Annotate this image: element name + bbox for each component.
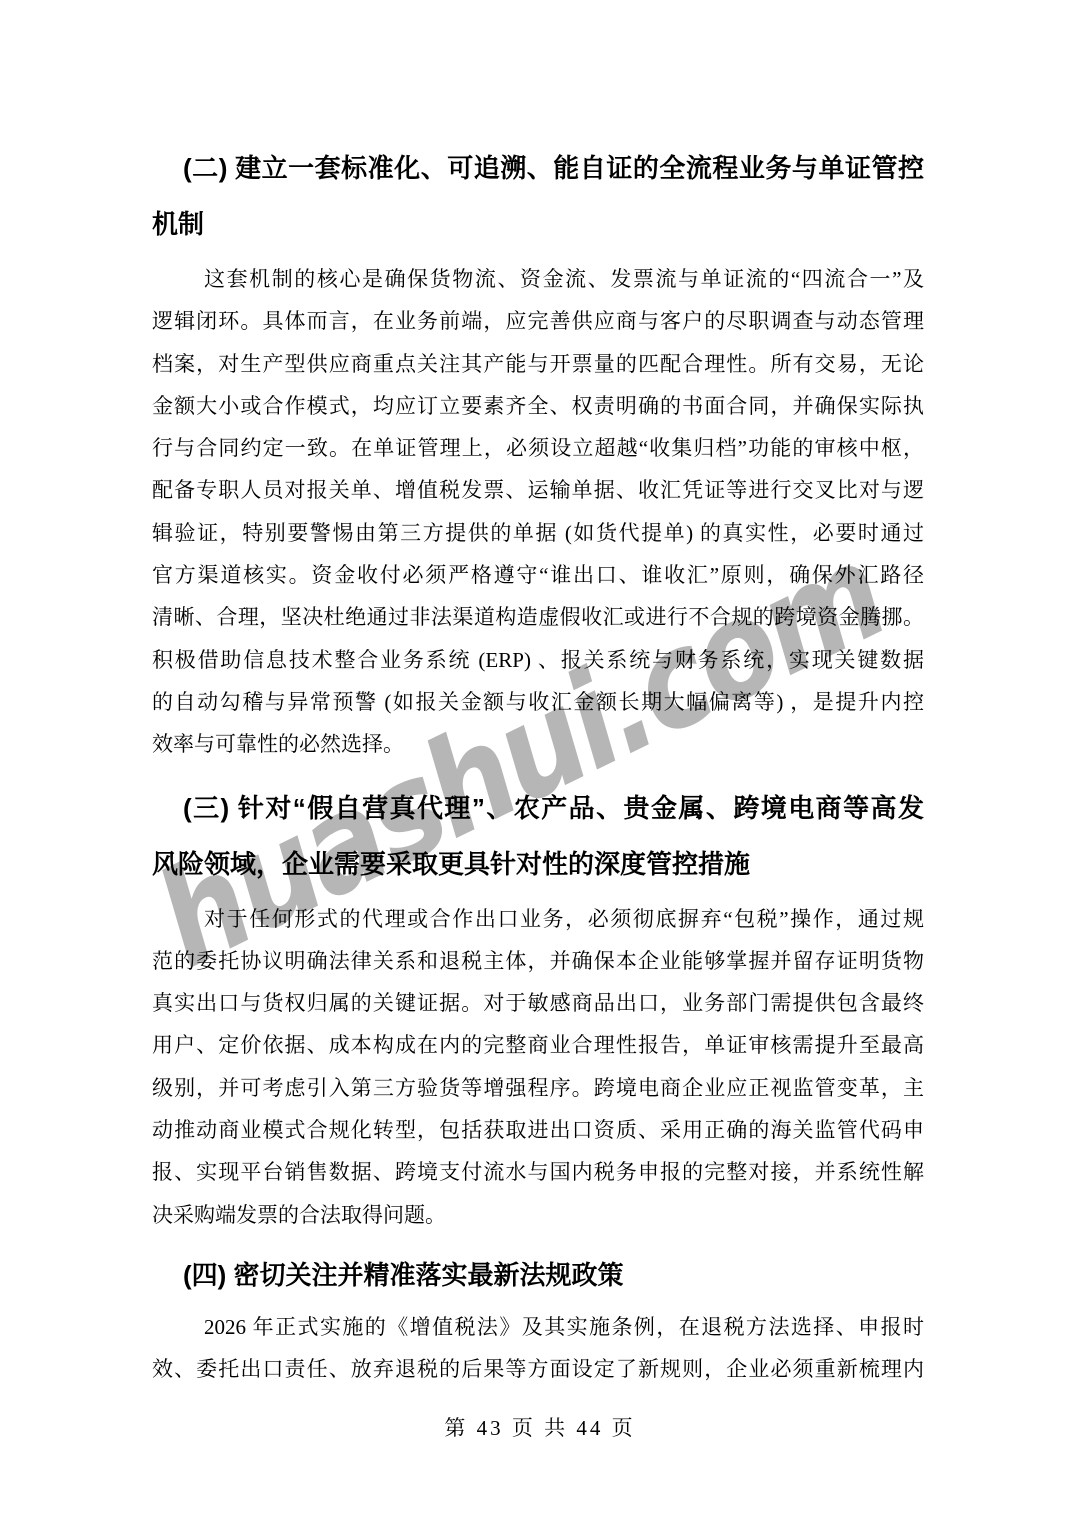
section-2: (二) 建立一套标准化、可追溯、能自证的全流程业务与单证管控机制 这套机制的核心… xyxy=(152,140,924,766)
text-line: 机制 xyxy=(152,196,924,252)
text-line: 动推动商业模式合规化转型，包括获取进出口资质、采用正确的海关监管代码申 xyxy=(152,1109,924,1151)
text-line: 这套机制的核心是确保货物流、资金流、发票流与单证流的“四流合一”及 xyxy=(152,258,924,300)
section-3-heading: (三) 针对“假自营真代理”、农产品、贵金属、跨境电商等高发风险领域，企业需要采… xyxy=(152,780,924,892)
text-line: 清晰、合理，坚决杜绝通过非法渠道构造虚假收汇或进行不合规的跨境资金腾挪。 xyxy=(152,596,924,638)
text-line: 逻辑闭环。具体而言，在业务前端，应完善供应商与客户的尽职调查与动态管理 xyxy=(152,300,924,342)
text-line: 范的委托协议明确法律关系和退税主体，并确保本企业能够掌握并留存证明货物 xyxy=(152,940,924,982)
text-line: (四) 密切关注并精准落实最新法规政策 xyxy=(152,1250,924,1300)
text-line: 决采购端发票的合法取得问题。 xyxy=(152,1194,924,1236)
section-4-heading: (四) 密切关注并精准落实最新法规政策 xyxy=(152,1250,924,1300)
document-page: huashui.com (二) 建立一套标准化、可追溯、能自证的全流程业务与单证… xyxy=(0,0,1080,1529)
text-line: 金额大小或合作模式，均应订立要素齐全、权责明确的书面合同，并确保实际执 xyxy=(152,385,924,427)
text-line: 行与合同约定一致。在单证管理上，必须设立超越“收集归档”功能的审核中枢， xyxy=(152,427,924,469)
text-line: (二) 建立一套标准化、可追溯、能自证的全流程业务与单证管控 xyxy=(152,140,924,196)
text-line: 积极借助信息技术整合业务系统 (ERP) 、报关系统与财务系统，实现关键数据 xyxy=(152,639,924,681)
page-number-label: 第 43 页 共 44 页 xyxy=(444,1416,635,1440)
text-line: 配备专职人员对报关单、增值税发票、运输单据、收汇凭证等进行交叉比对与逻 xyxy=(152,469,924,511)
text-line: 2026 年正式实施的《增值税法》及其实施条例，在退税方法选择、申报时 xyxy=(152,1306,924,1348)
text-line: 用户、定价依据、成本构成在内的完整商业合理性报告，单证审核需提升至最高 xyxy=(152,1024,924,1066)
text-line: 级别，并可考虑引入第三方验货等增强程序。跨境电商企业应正视监管变革，主 xyxy=(152,1067,924,1109)
section-2-heading: (二) 建立一套标准化、可追溯、能自证的全流程业务与单证管控机制 xyxy=(152,140,924,252)
text-line: 官方渠道核实。资金收付必须严格遵守“谁出口、谁收汇”原则，确保外汇路径 xyxy=(152,554,924,596)
text-line: (三) 针对“假自营真代理”、农产品、贵金属、跨境电商等高发 xyxy=(152,780,924,836)
section-2-paragraph: 这套机制的核心是确保货物流、资金流、发票流与单证流的“四流合一”及逻辑闭环。具体… xyxy=(152,258,924,766)
text-line: 的自动勾稽与异常预警 (如报关金额与收汇金额长期大幅偏离等) ，是提升内控 xyxy=(152,681,924,723)
text-line: 档案，对生产型供应商重点关注其产能与开票量的匹配合理性。所有交易，无论 xyxy=(152,343,924,385)
text-line: 效、委托出口责任、放弃退税的后果等方面设定了新规则，企业必须重新梳理内 xyxy=(152,1348,924,1390)
document-content: (二) 建立一套标准化、可追溯、能自证的全流程业务与单证管控机制 这套机制的核心… xyxy=(152,140,924,1391)
text-line: 风险领域，企业需要采取更具针对性的深度管控措施 xyxy=(152,836,924,892)
text-line: 真实出口与货权归属的关键证据。对于敏感商品出口，业务部门需提供包含最终 xyxy=(152,982,924,1024)
section-3: (三) 针对“假自营真代理”、农产品、贵金属、跨境电商等高发风险领域，企业需要采… xyxy=(152,780,924,1236)
section-3-paragraph: 对于任何形式的代理或合作出口业务，必须彻底摒弃“包税”操作，通过规范的委托协议明… xyxy=(152,898,924,1236)
text-line: 辑验证，特别要警惕由第三方提供的单据 (如货代提单) 的真实性，必要时通过 xyxy=(152,512,924,554)
page-footer: 第 43 页 共 44 页 xyxy=(0,1412,1080,1442)
section-4: (四) 密切关注并精准落实最新法规政策 2026 年正式实施的《增值税法》及其实… xyxy=(152,1250,924,1391)
text-line: 报、实现平台销售数据、跨境支付流水与国内税务申报的完整对接，并系统性解 xyxy=(152,1151,924,1193)
text-line: 效率与可靠性的必然选择。 xyxy=(152,723,924,765)
section-4-paragraph: 2026 年正式实施的《增值税法》及其实施条例，在退税方法选择、申报时效、委托出… xyxy=(152,1306,924,1391)
text-line: 对于任何形式的代理或合作出口业务，必须彻底摒弃“包税”操作，通过规 xyxy=(152,898,924,940)
